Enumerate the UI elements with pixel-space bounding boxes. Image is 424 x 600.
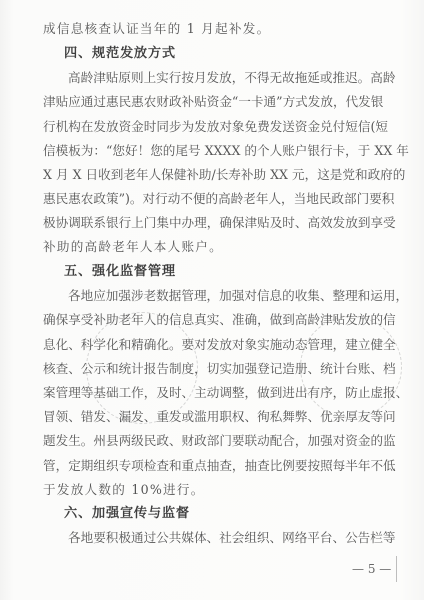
body-text-line: 高龄津贴原则上实行按月发放，不得无故拖延或推迟。高龄 — [68, 68, 383, 88]
body-text-line: 补助的高龄老年人本人账户。 — [43, 237, 383, 257]
body-text-line: 题发生。州县两级民政、财政部门要联动配合，加强对资金的监 — [43, 431, 383, 451]
body-text-line: 信模板为：“您好！您的尾号 XXXX 的个人账户银行卡，于 XX 年 — [43, 141, 383, 161]
body-text-line: 各地应加强涉老数据管理，加强对信息的收集、整理和运用， — [68, 286, 383, 306]
body-text-line: 核查、公示和统计报告制度，切实加强登记造册、统计台账、档 — [43, 359, 383, 379]
body-text-line: 息化、科学化和精确化。要对发放对象实施动态管理，建立健全 — [43, 335, 383, 355]
body-text-line: X 月 X 日收到老年人保健补助/长寿补助 XX 元，这是党和政府的 — [43, 165, 383, 185]
body-text-line: 成信息核查认证当年的 1 月起补发。 — [43, 19, 383, 39]
body-text-line: 极协调联系银行上门集中办理，确保津贴及时、高效发放到享受 — [43, 213, 383, 233]
body-text-line: 案管理等基础工作，及时、主动调整，做到进出有序，防止虚报、 — [43, 383, 383, 403]
section-heading-6: 六、加强宣传与监督 — [64, 504, 190, 524]
body-text-line: 惠民惠农政策”)。对行动不便的高龄老年人，当地民政部门要积 — [43, 189, 383, 209]
body-text-line: 确保享受补助老年人的信息真实、准确，做到高龄津贴发放的信 — [43, 310, 383, 330]
page-number: — 5 — — [352, 560, 392, 578]
body-text-line: 行机构在发放资金时同步为发放对象免费发送资金兑付短信(短 — [43, 117, 383, 137]
body-text-line: 津贴应通过惠民惠农财政补贴资金“一卡通”方式发放，代发银 — [43, 92, 383, 112]
body-text-line: 管，定期组织专项检查和重点抽查，抽查比例要按照每半年不低 — [43, 456, 383, 476]
section-heading-4: 四、规范发放方式 — [64, 44, 176, 64]
body-text-line: 各地要积极通过公共媒体、社会组织、网络平台、公告栏等 — [68, 528, 383, 548]
page-edge-divider — [396, 556, 397, 582]
section-heading-5: 五、强化监督管理 — [64, 262, 176, 282]
body-text-line: 冒领、错发、漏发、重发或滥用职权、徇私舞弊、优亲厚友等问 — [43, 407, 383, 427]
document-page: 成信息核查认证当年的 1 月起补发。 四、规范发放方式 高龄津贴原则上实行按月发… — [0, 0, 424, 600]
body-text-line: 于发放人数的 10%进行。 — [43, 480, 383, 500]
